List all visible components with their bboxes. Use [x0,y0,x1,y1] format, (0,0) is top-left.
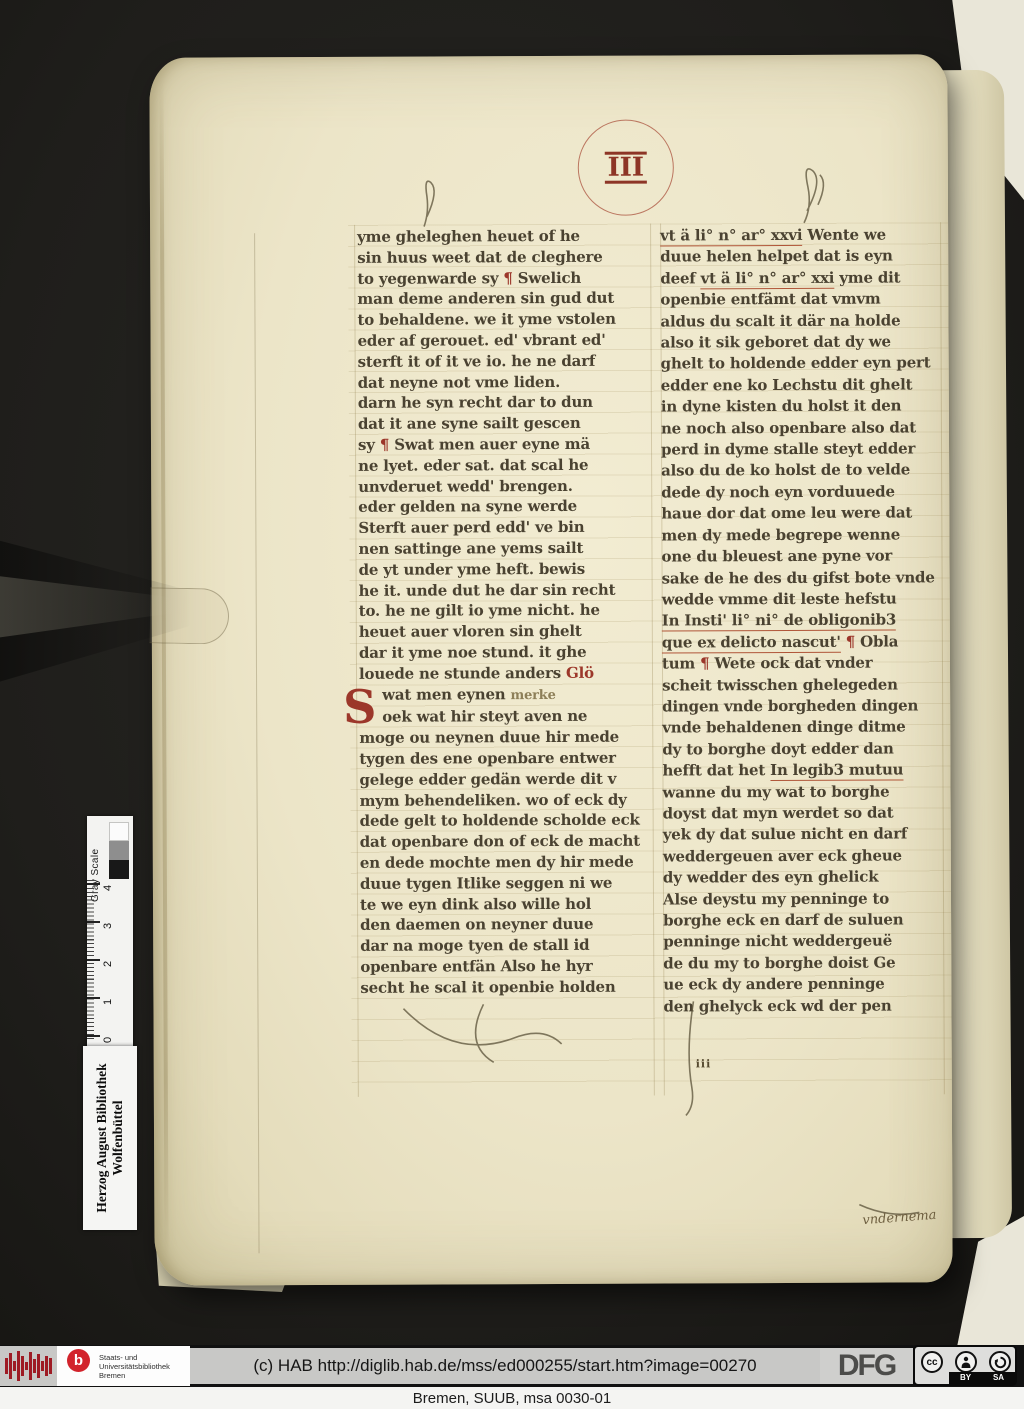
bremen-line1: Staats- und [99,1353,170,1362]
major-tick [87,959,100,961]
bremen-line3: Bremen [99,1371,170,1380]
suub-logo-bar [29,1352,32,1380]
manuscript-line: sin huus weet dat de cleghere [357,246,657,268]
cc-sa-label: SA [982,1372,1015,1384]
suub-logo-bar [37,1354,40,1378]
manuscript-line: one du bleuest ane pyne vor [661,545,951,568]
suub-logo-bar [41,1361,44,1371]
manuscript-line: unvderuet wedd' brengen. [358,475,658,497]
library-label: Herzog August Bibliothek Wolfenbüttel [83,1046,137,1230]
manuscript-line: he it. unde dut he dar sin recht [359,579,659,601]
ruler-number: 3 [102,915,116,929]
manuscript-line: yme gheleghen heuet of he [357,226,657,248]
suub-logo-bar [25,1362,28,1370]
manuscript-line: sy ¶ Swat men auer eyne mä [358,433,658,455]
manuscript-line: dat openbare don of eck de macht [360,831,660,853]
manuscript-line: eder af gerouet. ed' vbrant ed' [358,330,658,352]
manuscript-line: eder gelden na syne werde [358,496,658,518]
manuscript-line: secht he scal it openbie holden [360,976,660,998]
manuscript-line: dede gelt to holdende scholde eck [360,810,660,832]
manuscript-line: gelege edder gedän werde dit v [359,768,659,790]
cc-license-badge: cc BY SA [913,1345,1017,1386]
suub-logo-bar [13,1361,16,1371]
suub-logo-bar [9,1353,12,1379]
gray-patch-mid [109,841,129,860]
library-label-text: Herzog August Bibliothek Wolfenbüttel [83,1046,137,1230]
suub-logo-bar [5,1358,8,1374]
dfg-logo: DFG [820,1348,913,1384]
manuscript-line: oek wat hir steyt aven ne [359,706,659,728]
manuscript-line: to behaldene. we it yme vstolen [357,309,657,331]
major-tick [87,883,100,885]
manuscript-line: hefft dat het In legib3 mutuu [662,759,952,782]
manuscript-line: aldus du scalt it där na holde [660,310,950,333]
manuscript-line: den daemen on neyner duue [360,914,660,936]
manuscript-line: ne lyet. eder sat. dat scal he [358,454,658,476]
manuscript-line: doyst dat myn werdet so dat [663,802,953,825]
manuscript-line: ghelt to holdende edder eyn pert [661,353,951,376]
text-column-right: vt ä li° n° ar° xxvi Wente weduue helen … [660,224,953,1017]
major-tick [87,921,100,923]
fold-line [254,233,259,1253]
manuscript-line: men dy mede begrepe wenne [661,524,951,547]
manuscript-line: to yegenwarde sy ¶ Swelich [357,267,657,289]
manuscript-line: In Insti' li° ni° de obligonib3 [662,610,952,633]
catchword: vndernema [862,1208,937,1228]
manuscript-line: ne noch also openbare also dat [661,417,951,440]
manuscript-line: heuet auer vloren sin ghelt [359,621,659,643]
manuscript-line: tum ¶ Wete ock dat vnder [662,652,952,675]
manuscript-line: borghe eck en darf de suluen [663,909,953,932]
cc-icon: cc [921,1351,943,1373]
manuscript-line: in dyne kisten du holst it den [661,396,951,419]
manuscript-line: weddergeuen aver eck gheue [663,845,953,868]
manuscript-line: perd in dyme stalle steyt edder [661,438,951,461]
major-tick [87,997,100,999]
manuscript-line: de du my to borghe doist Ge [663,952,953,975]
cc-sa-arrow-icon [989,1351,1011,1373]
footer-bar: b Staats- und Universitätsbibliothek Bre… [0,1345,1024,1387]
manuscript-line: openbare entfän Also he hyr [360,955,660,977]
folio-number: III [604,152,647,184]
manuscript-line: sterft it of it ve io. he ne darf [358,350,658,372]
manuscript-line: dar it yme noe stund. it ghe [359,641,659,663]
manuscript-line: te we eyn dink also wille hol [360,893,660,915]
manuscript-line: moge ou neynen duue hir mede [359,727,659,749]
manuscript-line: que ex delicto nascut' ¶ Obla [662,631,952,654]
manuscript-line: wanne du my wat to borghe [662,781,952,804]
manuscript-line: also it sik geboret dat dy we [661,331,951,354]
column-end-mark: iii [696,1057,712,1070]
manuscript-line: dar na moge tyen de stall id [360,935,660,957]
shelfmark-strip: Bremen, SUUB, msa 0030-01 [0,1387,1024,1409]
manuscript-line: nen sattinge ane yems sailt [358,537,658,559]
manuscript-line: vt ä li° n° ar° xxvi Wente we [660,224,950,247]
manuscript-line: louede ne stunde anders Glö [359,662,659,684]
manuscript-line: Sterft auer perd edd' ve bin [358,517,658,539]
bremen-b-badge: b [67,1349,90,1372]
ruler-number: 2 [102,953,116,967]
page-clamp [150,587,230,644]
manuscript-line: duue helen helpet dat is eyn [660,246,950,269]
suub-logo-bar [45,1356,48,1376]
cc-by-person-icon [955,1351,977,1373]
manuscript-line: en dede mochte men dy hir mede [360,851,660,873]
manuscript-line: penninge nicht weddergeuë [663,931,953,954]
major-tick [87,1035,100,1037]
photo-background: III yme gheleghen heuet of hesin huus we… [0,0,1024,1345]
manuscript-line: openbie entfämt dat vmvm [660,288,950,311]
manuscript-page: III yme gheleghen heuet of hesin huus we… [149,54,952,1285]
manuscript-line: edder ene ko Lechstu dit ghelt [661,374,951,397]
cc-by-sa-labels: BY SA [949,1372,1015,1384]
manuscript-line: also du de ko holst de to velde [661,460,951,483]
suub-logo-bar [33,1359,36,1373]
bremen-line2: Universitätsbibliothek [99,1362,170,1371]
manuscript-line: wedde vmme dit leste hefstu [662,588,952,611]
suub-logo-bar [21,1356,24,1376]
manuscript-line: dingen vnde borgheden dingen [662,695,952,718]
manuscript-line: dat it ane syne sailt gescen [358,413,658,435]
manuscript-line: vnde behaldenen dinge ditme [662,717,952,740]
manuscript-line: Swat men eynen merke [359,683,659,707]
manuscript-line: scheit twisschen ghelegeden [662,674,952,697]
manuscript-line: dede dy noch eyn vorduuede [661,481,951,504]
manuscript-line: haue dor dat ome leu were dat [661,503,951,526]
manuscript-line: mym behendeliken. wo of eck dy [360,789,660,811]
library-name: Herzog August Bibliothek [94,1046,110,1230]
page-edge-line [159,78,168,1258]
folio-number-circle: III [578,119,674,215]
manuscript-line: de yt under yme heft. bewis [359,558,659,580]
manuscript-line: ue eck dy andere penninge [663,973,953,996]
manuscript-line: sake de he des du gifst bote vnde [662,567,952,590]
bremen-logo-text: Staats- und Universitätsbibliothek Breme… [99,1353,170,1380]
manuscript-line: to. he ne gilt io yme nicht. he [359,600,659,622]
manuscript-line: den ghelyck eck wd der pen [663,995,953,1018]
library-city: Wolfenbüttel [110,1046,126,1230]
manuscript-line: dy to borghe doyt edder dan [662,738,952,761]
gray-scale-ruler: Gray Scale 43210 [87,816,133,1062]
manuscript-line: darn he syn recht dar to dun [358,392,658,414]
manuscript-line: dat neyne not vme liden. [358,371,658,393]
manuscript-line: man deme anderen sin gud dut [357,288,657,310]
ruler-number: 0 [102,1029,116,1043]
suub-bars-logo [0,1346,57,1386]
manuscript-line: duue tygen Itlike seggen ni we [360,872,660,894]
manuscript-line: Alse deystu my penninge to [663,888,953,911]
suub-logo-bar [17,1351,20,1381]
manuscript-line: dy wedder des eyn ghelick [663,866,953,889]
manuscript-line: deef vt ä li° n° ar° xxi yme dit [660,267,950,290]
ruler-number: 1 [102,991,116,1005]
gray-patch-white [109,822,129,841]
suub-bremen-logo: b Staats- und Universitätsbibliothek Bre… [57,1346,190,1386]
text-column-left: yme gheleghen heuet of hesin huus weet d… [357,226,660,999]
suub-logo-bar [49,1358,52,1374]
ruler-number: 4 [102,877,116,891]
ruler-ticks: 43210 [87,880,133,1058]
copyright-strip: (c) HAB http://diglib.hab.de/mss/ed00025… [190,1348,820,1384]
cc-by-label: BY [949,1372,982,1384]
manuscript-line: yek dy dat sulue nicht en darf [663,824,953,847]
manuscript-line: tygen des ene openbare entwer [359,747,659,769]
